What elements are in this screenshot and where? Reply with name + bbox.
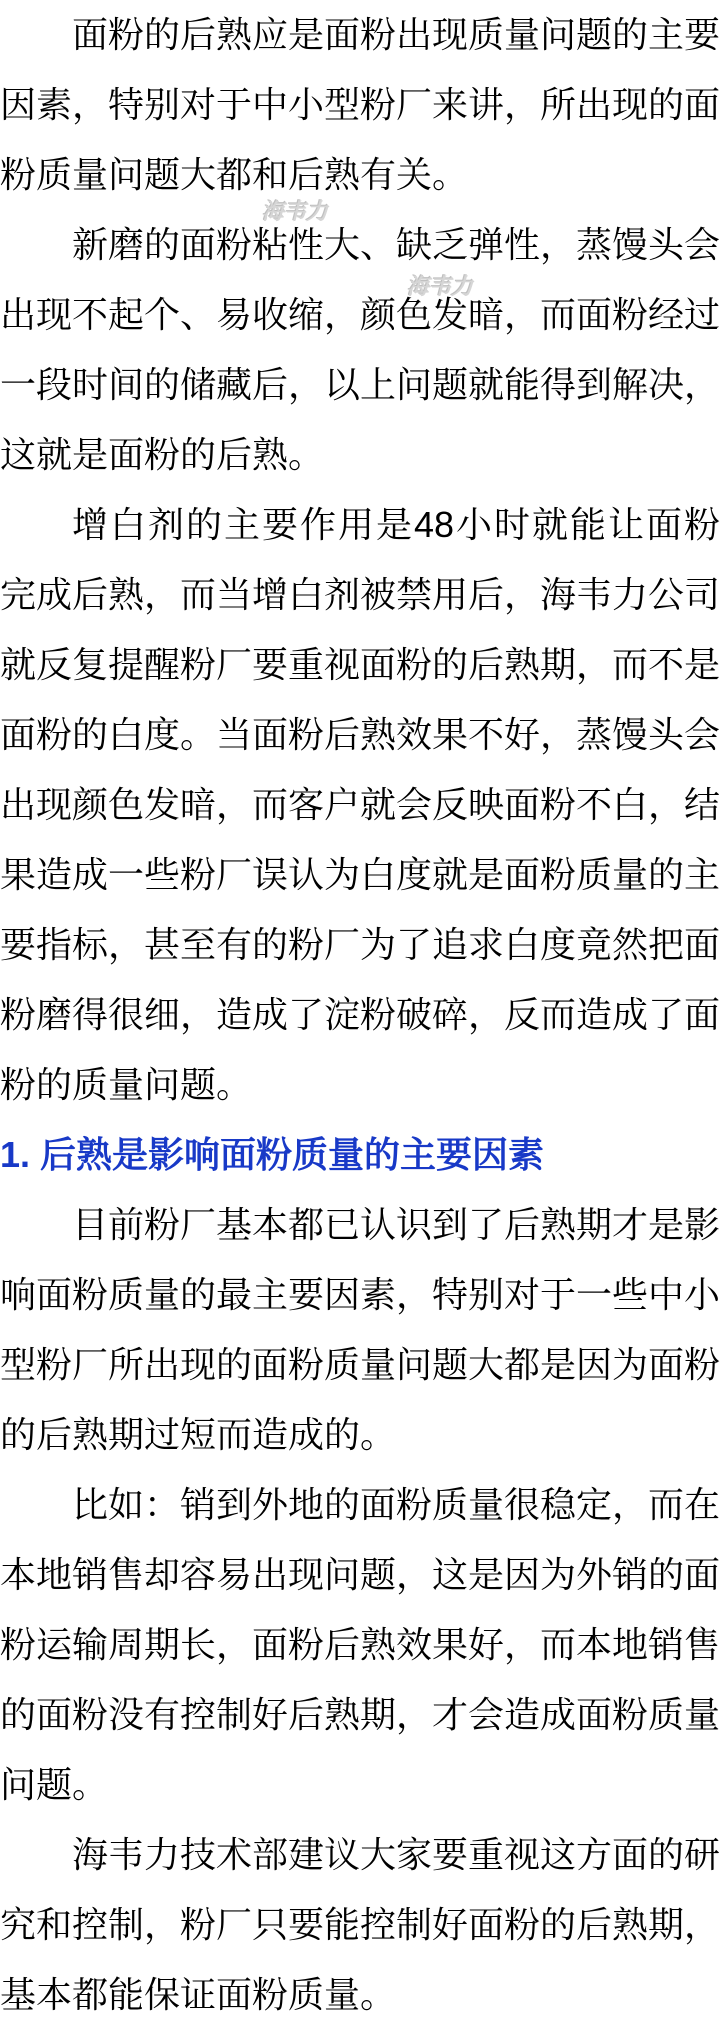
paragraph-flour-postripening-cause: 面粉的后熟应是面粉出现质量问题的主要因素，特别对于中小型粉厂来讲，所出现的面粉质… [0, 0, 720, 210]
paragraph-mills-awareness: 目前粉厂基本都已认识到了后熟期才是影响面粉质量的最主要因素，特别对于一些中小型粉… [0, 1190, 720, 1470]
paragraph-whitening-agent-ban: 增白剂的主要作用是48小时就能让面粉完成后熟，而当增白剂被禁用后，海韦力公司就反… [0, 490, 720, 1120]
paragraph-example-local-vs-remote-sales: 比如：销到外地的面粉质量很稳定，而在本地销售却容易出现问题，这是因为外销的面粉运… [0, 1470, 720, 1820]
paragraph-fresh-flour-problems: 新磨的面粉粘性大、缺乏弹性，蒸馒头会出现不起个、易收缩，颜色发暗，而面粉经过一段… [0, 210, 720, 490]
paragraph-tech-dept-advice: 海韦力技术部建议大家要重视这方面的研究和控制，粉厂只要能控制好面粉的后熟期，基本… [0, 1820, 720, 2030]
article-body: 面粉的后熟应是面粉出现质量问题的主要因素，特别对于中小型粉厂来讲，所出现的面粉质… [0, 0, 720, 2030]
section-heading-postripening-main-factor: 1. 后熟是影响面粉质量的主要因素 [0, 1120, 720, 1190]
